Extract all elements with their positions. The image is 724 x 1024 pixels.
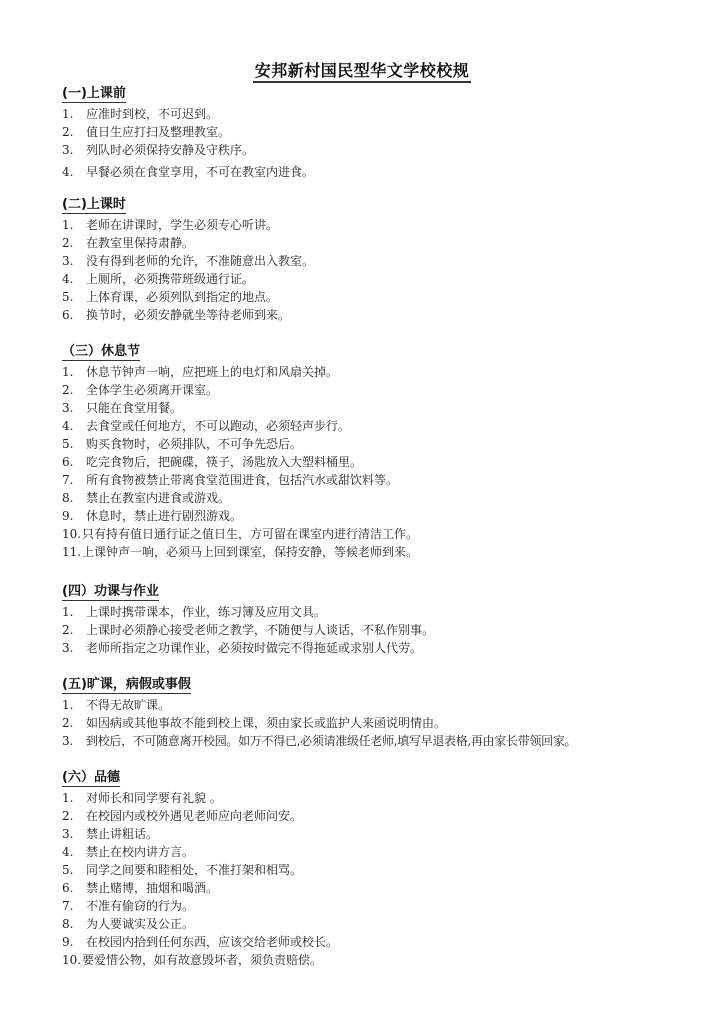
- list-item: 9.休息时，禁止进行剧烈游戏。: [62, 507, 418, 525]
- item-number: 9.: [62, 933, 86, 951]
- item-text: 要爱惜公物，如有故意毁坏者，须负责赔偿。: [82, 953, 322, 967]
- list-item: 1.不得无故旷课。: [62, 696, 576, 714]
- item-number: 5.: [62, 861, 86, 879]
- item-number: 4.: [62, 417, 86, 435]
- item-text: 上厕所，必须携带班级通行证。: [86, 272, 254, 286]
- list-item: 2.上课时必须静心接受老师之教学，不随便与人谈话，不私作别事。: [62, 621, 434, 639]
- item-number: 6.: [62, 453, 86, 471]
- list-item: 5.上体育课，必须列队到指定的地点。: [62, 288, 314, 306]
- item-text: 休息时，禁止进行剧烈游戏。: [86, 509, 242, 523]
- list-item: 6.禁止赌博，抽烟和喝酒。: [62, 879, 338, 897]
- item-text: 上体育课，必须列队到指定的地点。: [86, 290, 278, 304]
- list-item: 5.购买食物时，必须排队，不可争先恐后。: [62, 435, 418, 453]
- list-item: 1.休息节钟声一响，应把班上的电灯和风扇关掉。: [62, 363, 418, 381]
- list-item: 2.如因病或其他事故不能到校上课，须由家长或监护人来函说明情由。: [62, 714, 576, 732]
- item-text: 上课钟声一响，必须马上回到课室，保持安静，等候老师到来。: [82, 545, 418, 559]
- list-item: 3.没有得到老师的允许，不准随意出入教室。: [62, 252, 314, 270]
- item-number: 4.: [62, 163, 86, 181]
- item-number: 8.: [62, 489, 86, 507]
- item-text: 所有食物被禁止带离食堂范围进食，包括汽水或甜饮料等。: [86, 473, 398, 487]
- list-item: 6.换节时，必须安静就坐等待老师到来。: [62, 306, 314, 324]
- list-item: 11.上课钟声一响，必须马上回到课室，保持安静，等候老师到来。: [62, 543, 418, 561]
- item-text: 上课时携带课本，作业，练习簿及应用文具。: [86, 605, 326, 619]
- item-number: 1.: [62, 603, 86, 621]
- item-text: 去食堂或任何地方，不可以跑动，必须轻声步行。: [86, 419, 350, 433]
- item-text: 购买食物时，必须排队，不可争先恐后。: [86, 437, 302, 451]
- section-during-class: (二)上课时 1.老师在讲课时，学生必须专心听讲。 2.在教室里保持肃静。 3.…: [62, 193, 314, 324]
- item-number: 3.: [62, 825, 86, 843]
- section-heading: （三）休息节: [62, 344, 140, 361]
- item-number: 4.: [62, 843, 86, 861]
- list-item: 2.在教室里保持肃静。: [62, 234, 314, 252]
- item-text: 列队时必须保持安静及守秩序。: [86, 143, 254, 157]
- item-number: 1.: [62, 216, 86, 234]
- section-heading: (四）功课与作业: [62, 584, 159, 601]
- item-text: 为人要诚实及公正。: [86, 917, 194, 931]
- list-item: 4.上厕所，必须携带班级通行证。: [62, 270, 314, 288]
- item-number: 2.: [62, 714, 86, 732]
- item-number: 8.: [62, 915, 86, 933]
- item-text: 到校后，不可随意离开校园。如万不得已,必须请准级任老师,填写早退表格,再由家长带…: [86, 734, 576, 748]
- list-item: 3.禁止讲粗话。: [62, 825, 338, 843]
- list-item: 7.所有食物被禁止带离食堂范围进食，包括汽水或甜饮料等。: [62, 471, 418, 489]
- item-number: 3.: [62, 639, 86, 657]
- item-text: 禁止在教室内进食或游戏。: [86, 491, 230, 505]
- list-item: 10.只有持有值日通行证之值日生，方可留在课室内进行清洁工作。: [62, 525, 418, 543]
- item-number: 2.: [62, 234, 86, 252]
- item-text: 禁止在校内讲方言。: [86, 845, 194, 859]
- item-text: 如因病或其他事故不能到校上课，须由家长或监护人来函说明情由。: [86, 716, 446, 730]
- document-title-wrap: 安邦新村国民型华文学校校规: [0, 58, 724, 81]
- item-text: 没有得到老师的允许，不准随意出入教室。: [86, 254, 314, 268]
- section-recess: （三）休息节 1.休息节钟声一响，应把班上的电灯和风扇关掉。 2.全体学生必须离…: [62, 340, 418, 561]
- item-text: 同学之间要和睦相处，不准打架和相骂。: [86, 863, 302, 877]
- section-homework: (四）功课与作业 1.上课时携带课本，作业，练习簿及应用文具。 2.上课时必须静…: [62, 580, 434, 657]
- item-text: 在校园内拾到任何东西，应该交给老师或校长。: [86, 935, 338, 949]
- list-item: 9.在校园内拾到任何东西，应该交给老师或校长。: [62, 933, 338, 951]
- list-item: 4.禁止在校内讲方言。: [62, 843, 338, 861]
- section-heading: (六）品德: [62, 770, 120, 787]
- list-item: 2.在校园内或校外遇见老师应向老师问安。: [62, 807, 338, 825]
- list-item: 4.去食堂或任何地方，不可以跑动，必须轻声步行。: [62, 417, 418, 435]
- list-item: 1.上课时携带课本，作业，练习簿及应用文具。: [62, 603, 434, 621]
- item-number: 1.: [62, 105, 86, 123]
- item-number: 7.: [62, 471, 86, 489]
- item-text: 吃完食物后，把碗碟，筷子，汤匙放入大塑料桶里。: [86, 455, 362, 469]
- document-title: 安邦新村国民型华文学校校规: [253, 61, 472, 83]
- item-number: 3.: [62, 252, 86, 270]
- list-item: 10.要爱惜公物，如有故意毁坏者，须负责赔偿。: [62, 951, 338, 969]
- item-text: 应准时到校，不可迟到。: [86, 107, 218, 121]
- item-text: 禁止讲粗话。: [86, 827, 158, 841]
- list-item: 1.应准时到校，不可迟到。: [62, 105, 314, 123]
- document-page: 安邦新村国民型华文学校校规 (一)上课前 1.应准时到校，不可迟到。 2.值日生…: [0, 0, 724, 1024]
- item-text: 值日生应打扫及整理教室。: [86, 125, 230, 139]
- list-item: 4.早餐必须在食堂享用，不可在教室内进食。: [62, 163, 314, 181]
- item-text: 只能在食堂用餐。: [86, 401, 182, 415]
- item-text: 老师在讲课时，学生必须专心听讲。: [86, 218, 278, 232]
- item-number: 4.: [62, 270, 86, 288]
- item-text: 在教室里保持肃静。: [86, 236, 194, 250]
- section-heading: (二)上课时: [62, 197, 126, 214]
- list-item: 1.老师在讲课时，学生必须专心听讲。: [62, 216, 314, 234]
- item-text: 对师长和同学要有礼貌 。: [86, 791, 222, 805]
- item-number: 1.: [62, 696, 86, 714]
- item-number: 3.: [62, 732, 86, 750]
- item-number: 7.: [62, 897, 86, 915]
- item-text: 休息节钟声一响，应把班上的电灯和风扇关掉。: [86, 365, 338, 379]
- item-number: 5.: [62, 435, 86, 453]
- item-number: 2.: [62, 621, 86, 639]
- item-number: 10.: [62, 951, 82, 969]
- item-text: 换节时，必须安静就坐等待老师到来。: [86, 308, 290, 322]
- list-item: 3.列队时必须保持安静及守秩序。: [62, 141, 314, 159]
- item-number: 3.: [62, 141, 86, 159]
- item-number: 5.: [62, 288, 86, 306]
- list-item: 6.吃完食物后，把碗碟，筷子，汤匙放入大塑料桶里。: [62, 453, 418, 471]
- item-text: 不准有偷窃的行为。: [86, 899, 194, 913]
- list-item: 8.为人要诚实及公正。: [62, 915, 338, 933]
- list-item: 3.只能在食堂用餐。: [62, 399, 418, 417]
- item-text: 早餐必须在食堂享用，不可在教室内进食。: [86, 165, 314, 179]
- item-text: 上课时必须静心接受老师之教学，不随便与人谈话，不私作别事。: [86, 623, 434, 637]
- item-text: 老师所指定之功课作业，必须按时做完不得拖延或求别人代劳。: [86, 641, 422, 655]
- section-absence: (五)旷课，病假或事假 1.不得无故旷课。 2.如因病或其他事故不能到校上课，须…: [62, 673, 576, 750]
- item-number: 1.: [62, 363, 86, 381]
- section-heading: (五)旷课，病假或事假: [62, 677, 191, 694]
- item-text: 在校园内或校外遇见老师应向老师问安。: [86, 809, 302, 823]
- item-number: 3.: [62, 399, 86, 417]
- item-number: 6.: [62, 306, 86, 324]
- item-number: 6.: [62, 879, 86, 897]
- item-text: 全体学生必须离开课室。: [86, 383, 218, 397]
- section-conduct: (六）品德 1.对师长和同学要有礼貌 。 2.在校园内或校外遇见老师应向老师问安…: [62, 766, 338, 969]
- list-item: 2.值日生应打扫及整理教室。: [62, 123, 314, 141]
- item-number: 10.: [62, 525, 82, 543]
- list-item: 3.老师所指定之功课作业，必须按时做完不得拖延或求别人代劳。: [62, 639, 434, 657]
- section-before-class: (一)上课前 1.应准时到校，不可迟到。 2.值日生应打扫及整理教室。 3.列队…: [62, 82, 314, 181]
- list-item: 1.对师长和同学要有礼貌 。: [62, 789, 338, 807]
- item-number: 2.: [62, 807, 86, 825]
- item-text: 不得无故旷课。: [86, 698, 170, 712]
- item-number: 9.: [62, 507, 86, 525]
- item-text: 只有持有值日通行证之值日生，方可留在课室内进行清洁工作。: [82, 527, 418, 541]
- list-item: 5.同学之间要和睦相处，不准打架和相骂。: [62, 861, 338, 879]
- item-number: 2.: [62, 123, 86, 141]
- list-item: 7.不准有偷窃的行为。: [62, 897, 338, 915]
- list-item: 2.全体学生必须离开课室。: [62, 381, 418, 399]
- item-text: 禁止赌博，抽烟和喝酒。: [86, 881, 218, 895]
- item-number: 2.: [62, 381, 86, 399]
- section-heading: (一)上课前: [62, 86, 126, 103]
- list-item: 8.禁止在教室内进食或游戏。: [62, 489, 418, 507]
- item-number: 1.: [62, 789, 86, 807]
- item-number: 11.: [62, 543, 82, 561]
- list-item: 3.到校后，不可随意离开校园。如万不得已,必须请准级任老师,填写早退表格,再由家…: [62, 732, 576, 750]
